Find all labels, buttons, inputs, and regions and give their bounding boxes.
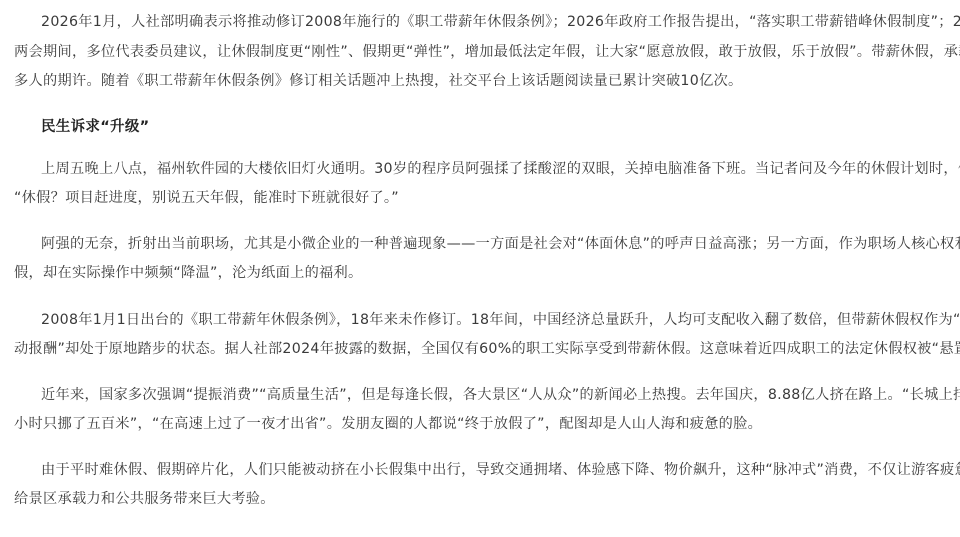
paragraph-4-line-1: 2008年1月1日出台的《职工带薪年休假条例》，18年来未作修订。18年间，中国… [41,310,960,330]
paragraph-3-line-1: 阿强的无奈，折射出当前职场，尤其是小微企业的一种普遍现象——一方面是社会对“体面… [41,234,960,254]
paragraph-1-line-3: 多人的期许。随着《职工带薪年休假条例》修订相关话题冲上热搜，社交平台上该话题阅读… [14,71,743,91]
paragraph-1-line-1: 2026年1月，人社部明确表示将推动修订2008年施行的《职工带薪年休假条例》；… [41,12,960,32]
paragraph-3-line-2: 假，却在实际操作中频频“降温”，沦为纸面上的福利。 [14,263,363,283]
paragraph-4-line-2: 动报酬”却处于原地踏步的状态。据人社部2024年披露的数据，全国仅有60%的职工… [14,339,960,359]
paragraph-2-line-2: “休假？项目赶进度，别说五天年假，能准时下班就很好了。” [14,188,399,208]
paragraph-2-line-1: 上周五晚上八点，福州软件园的大楼依旧灯火通明。30岁的程序员阿强揉了揉酸涩的双眼… [41,159,960,179]
paragraph-1-line-2: 两会期间，多位代表委员建议，让休假制度更“刚性”、假期更“弹性”，增加最低法定年… [14,42,960,62]
paragraph-6-line-2: 给景区承载力和公共服务带来巨大考验。 [14,489,275,509]
paragraph-6-line-1: 由于平时难休假、假期碎片化，人们只能被动挤在小长假集中出行，导致交通拥堵、体验感… [41,460,960,480]
paragraph-5-line-1: 近年来，国家多次强调“提振消费”“高质量生活”，但是每逢长假，各大景区“人从众”… [41,385,960,405]
paragraph-5-line-2: 小时只挪了五百米”，“在高速上过了一夜才出省”。发朋友圈的人都说“终于放假了”，… [14,414,762,434]
section-heading: 民生诉求“升级” [41,117,149,137]
news-article: 2026年1月，人社部明确表示将推动修订2008年施行的《职工带薪年休假条例》；… [0,0,960,537]
